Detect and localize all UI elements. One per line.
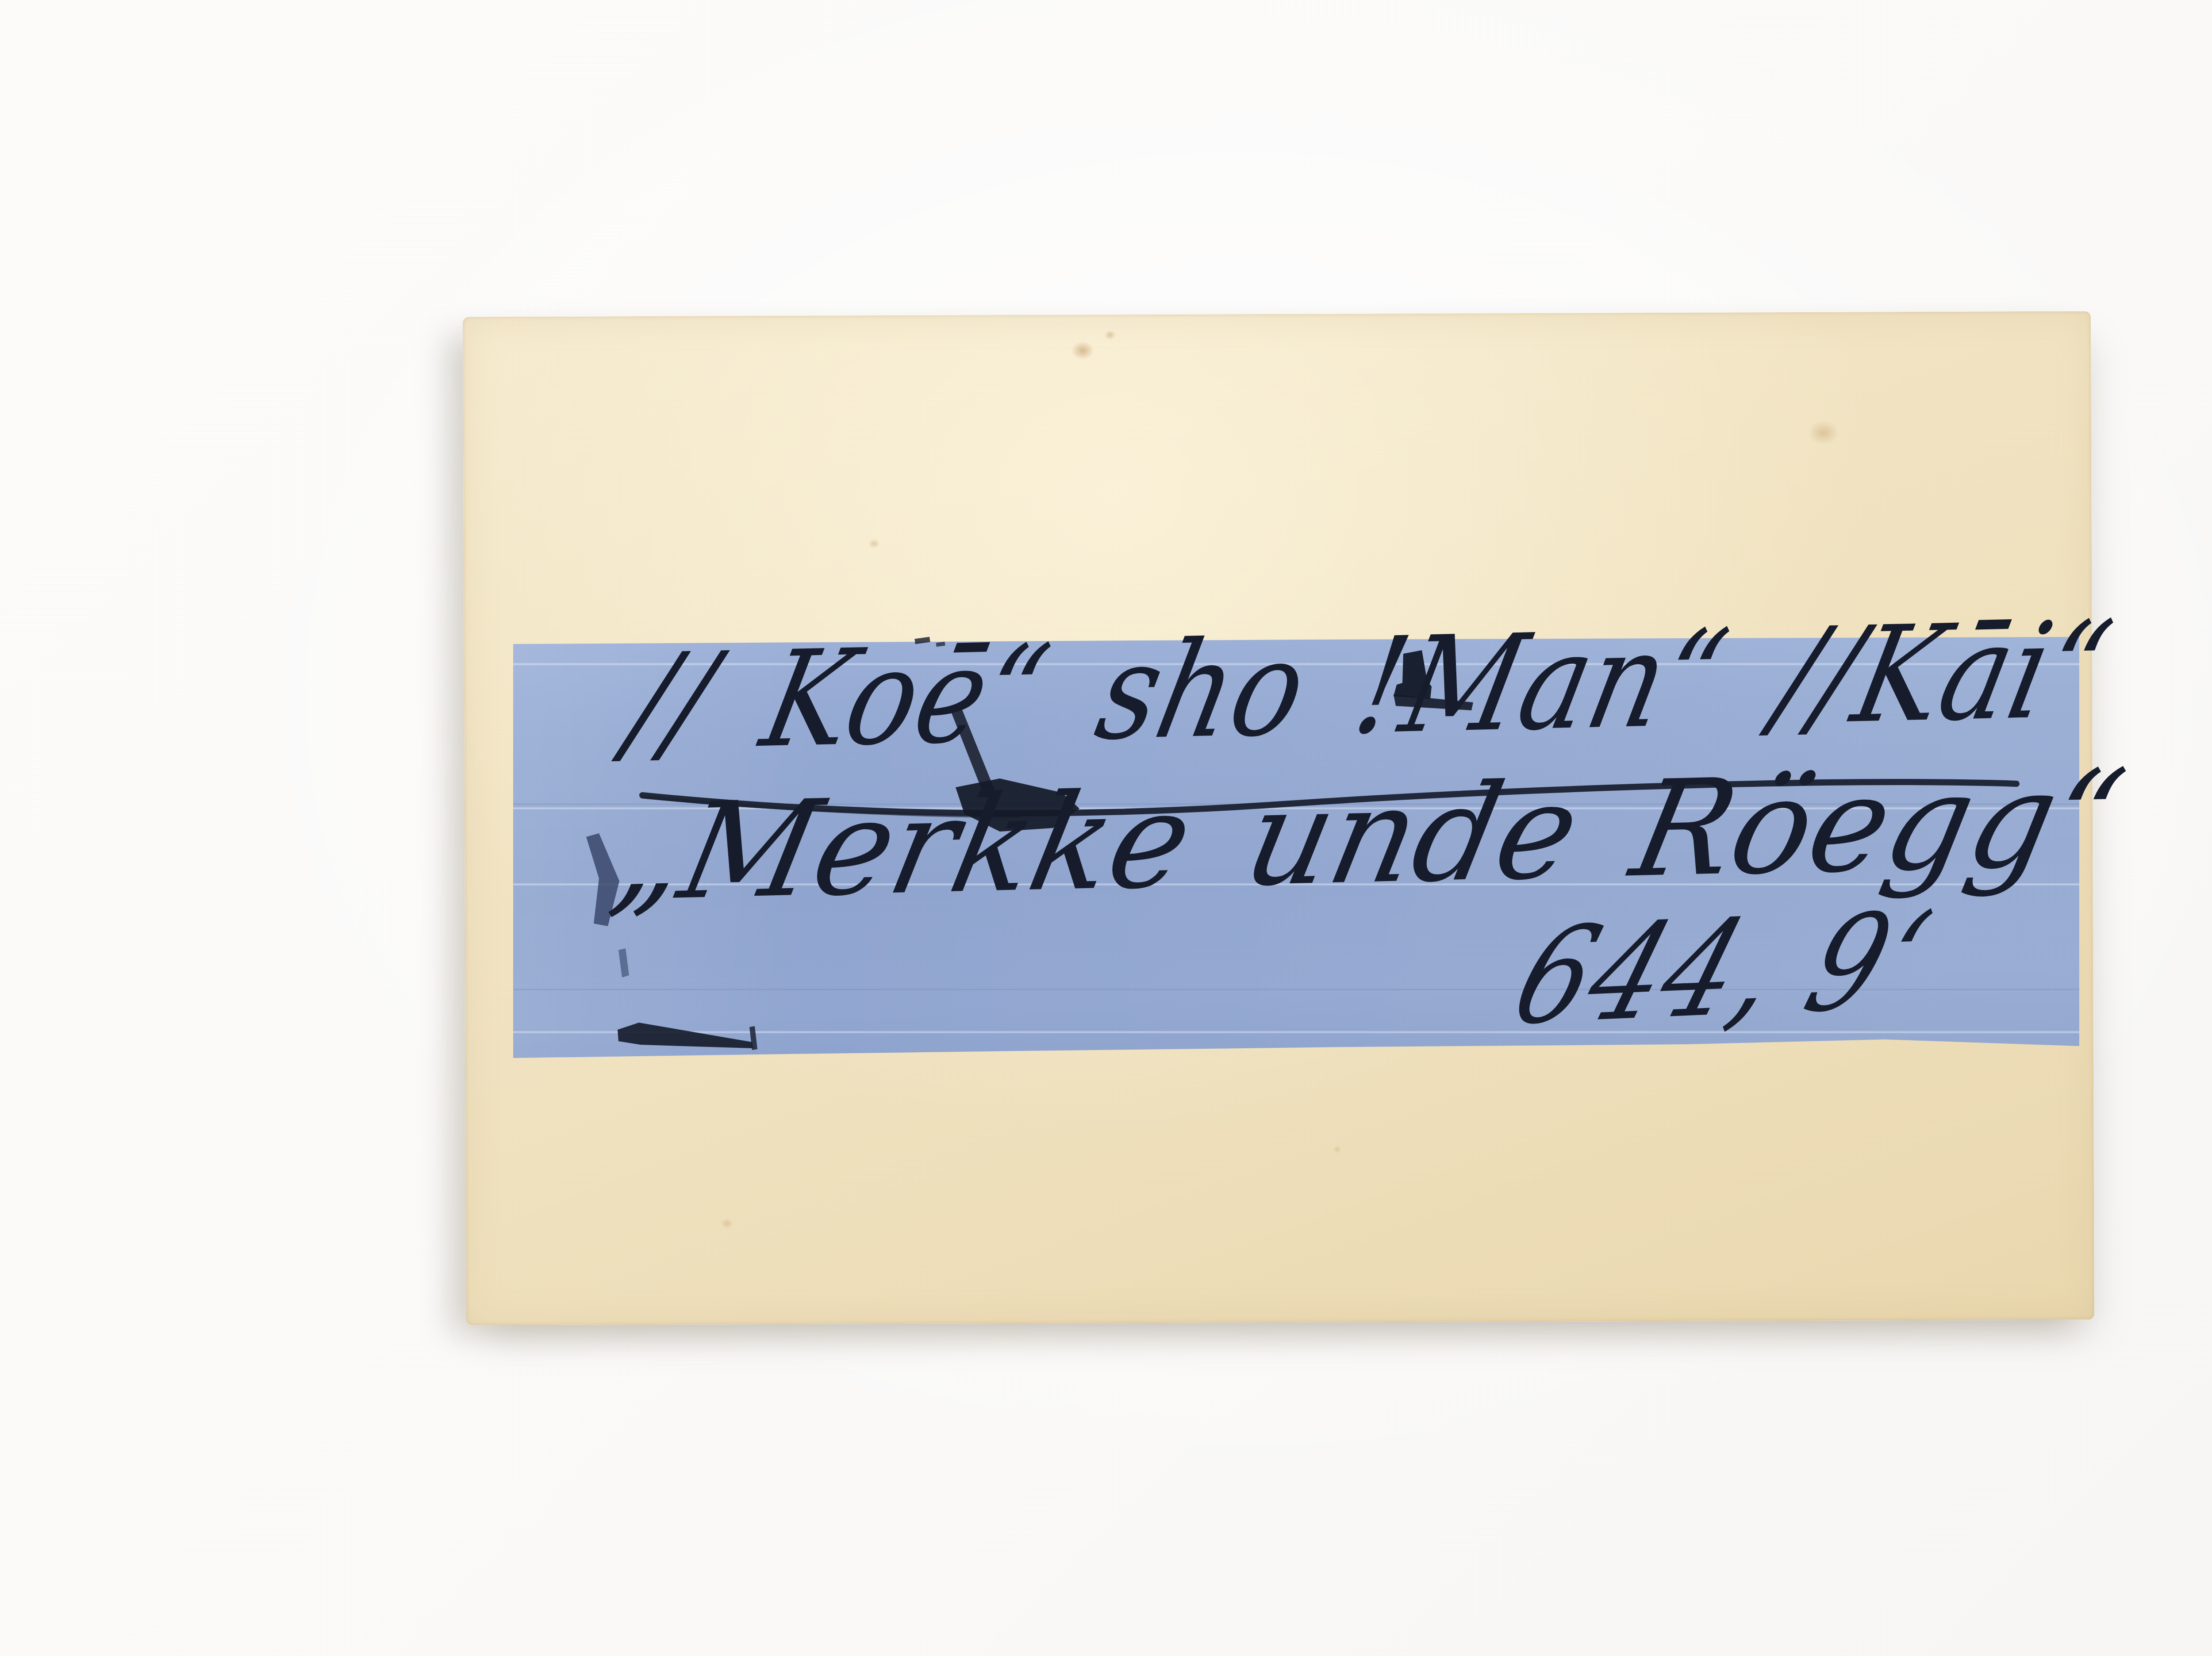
handwriting-line-3: 644, 9‘ <box>1501 894 1944 1044</box>
ink-dash-bottom <box>618 1023 757 1050</box>
photo-backdrop: // Koē“ sho !Man“ //Kāi“ „Merkke unde Rö… <box>0 0 2212 1656</box>
handwriting-line-1: // Koē“ sho !Man“ //Kāi“ <box>618 604 2122 770</box>
